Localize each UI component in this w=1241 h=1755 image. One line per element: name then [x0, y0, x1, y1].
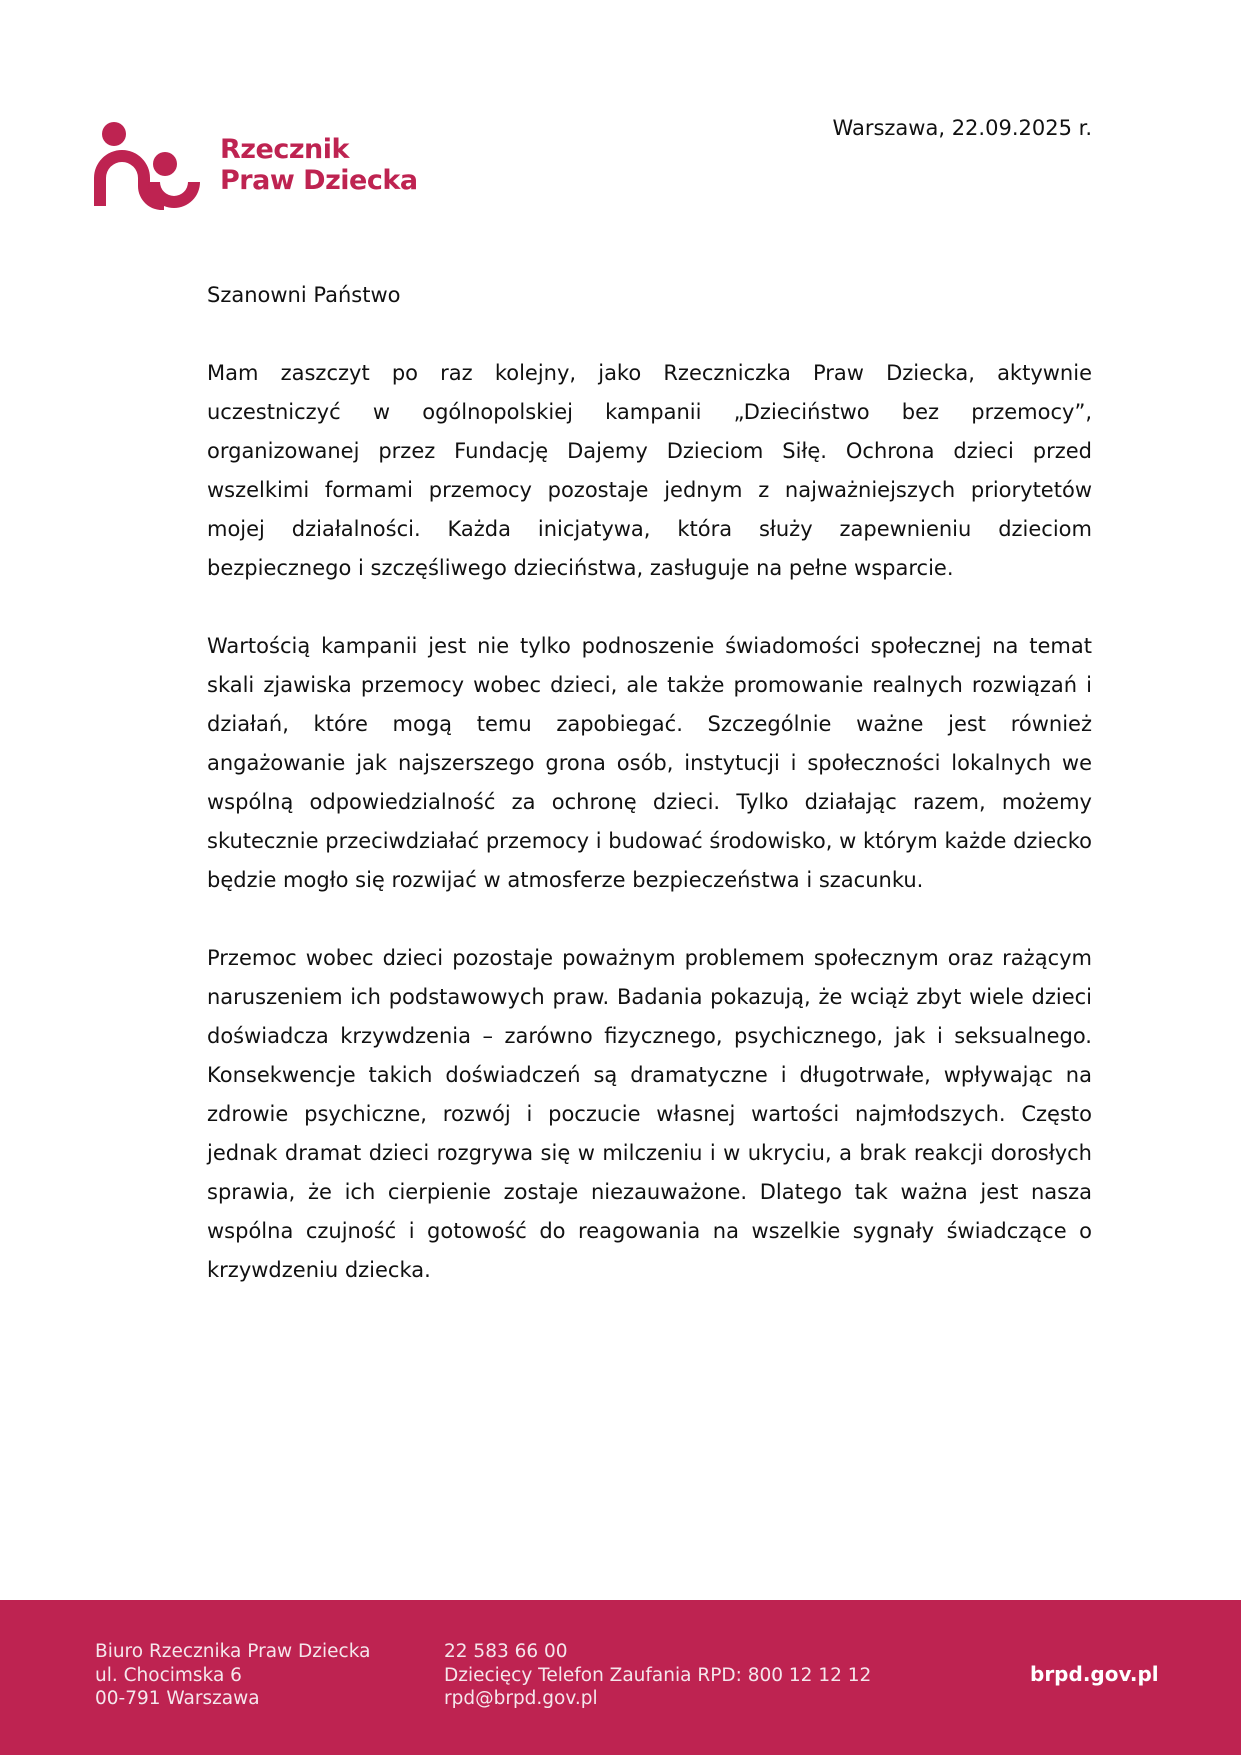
footer-phone[interactable]: 22 583 66 00 — [444, 1640, 871, 1664]
paragraph-1: Mam zaszczyt po raz kolejny, jako Rzeczn… — [207, 354, 1092, 588]
logo-line-1: Rzecznik — [220, 134, 418, 165]
footer-hotline[interactable]: Dziecięcy Telefon Zaufania RPD: 800 12 1… — [444, 1664, 871, 1688]
logo-wordmark: Rzecznik Praw Dziecka — [220, 134, 418, 196]
footer-address: Biuro Rzecznika Praw Dziecka ul. Chocims… — [95, 1640, 370, 1711]
footer-city: 00-791 Warszawa — [95, 1687, 370, 1711]
letter-date: Warszawa, 22.09.2025 r. — [833, 114, 1092, 142]
rpd-logo-icon — [92, 120, 202, 210]
footer-office-name: Biuro Rzecznika Praw Dziecka — [95, 1640, 370, 1664]
footer-email[interactable]: rpd@brpd.gov.pl — [444, 1687, 871, 1711]
logo-line-2: Praw Dziecka — [220, 165, 418, 196]
greeting: Szanowni Państwo — [207, 276, 1092, 315]
paragraph-3: Przemoc wobec dzieci pozostaje poważnym … — [207, 939, 1092, 1290]
footer-contact: 22 583 66 00 Dziecięcy Telefon Zaufania … — [444, 1640, 871, 1711]
letter-body: Szanowni Państwo Mam zaszczyt po raz kol… — [207, 276, 1092, 1329]
footer: Biuro Rzecznika Praw Dziecka ul. Chocims… — [0, 1600, 1241, 1755]
paragraph-2: Wartością kampanii jest nie tylko podnos… — [207, 627, 1092, 900]
footer-street: ul. Chocimska 6 — [95, 1664, 370, 1688]
footer-website-link[interactable]: brpd.gov.pl — [1030, 1663, 1159, 1687]
logo: Rzecznik Praw Dziecka — [92, 120, 418, 210]
